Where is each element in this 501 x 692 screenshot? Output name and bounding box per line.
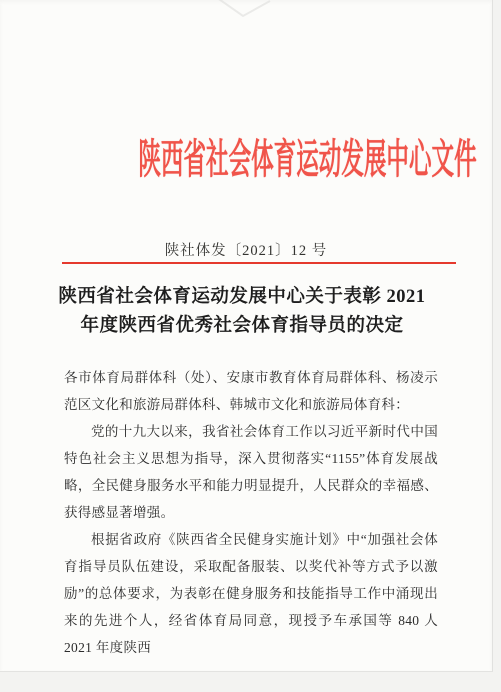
document-title: 陕西省社会体育运动发展中心关于表彰 2021 年度陕西省优秀社会体育指导员的决定 — [20, 283, 464, 341]
body-paragraph-1: 党的十九大以来，我省社会体育工作以习近平新时代中国特色社会主义思想为指导，深入贯… — [64, 418, 438, 526]
paper-page: 陕西省社会体育运动发展中心文件 陕社体发〔2021〕12 号 陕西省社会体育运动… — [0, 0, 493, 672]
doc-number: 陕社体发〔2021〕12 号 — [0, 239, 492, 260]
org-title-banner: 陕西省社会体育运动发展中心文件 — [0, 126, 492, 185]
document-title-line-2: 年度陕西省优秀社会体育指导员的决定 — [20, 312, 464, 341]
salutation-paragraph: 各市体育局群体科（处）、安康市教育体育局群体科、杨凌示范区文化和旅游局群体科、韩… — [64, 364, 438, 418]
document-title-line-1: 陕西省社会体育运动发展中心关于表彰 2021 — [20, 283, 464, 312]
document-scan: 陕西省社会体育运动发展中心文件 陕社体发〔2021〕12 号 陕西省社会体育运动… — [0, 0, 501, 692]
red-divider-line — [62, 262, 456, 264]
fold-mark — [210, 0, 274, 24]
org-title-text: 陕西省社会体育运动发展中心文件 — [138, 126, 476, 185]
body-paragraph-2: 根据省政府《陕西省全民健身实施计划》中“加强社会体育指导员队伍建设，采取配备服装… — [64, 526, 438, 661]
document-body: 各市体育局群体科（处）、安康市教育体育局群体科、杨凌示范区文化和旅游局群体科、韩… — [64, 364, 438, 661]
